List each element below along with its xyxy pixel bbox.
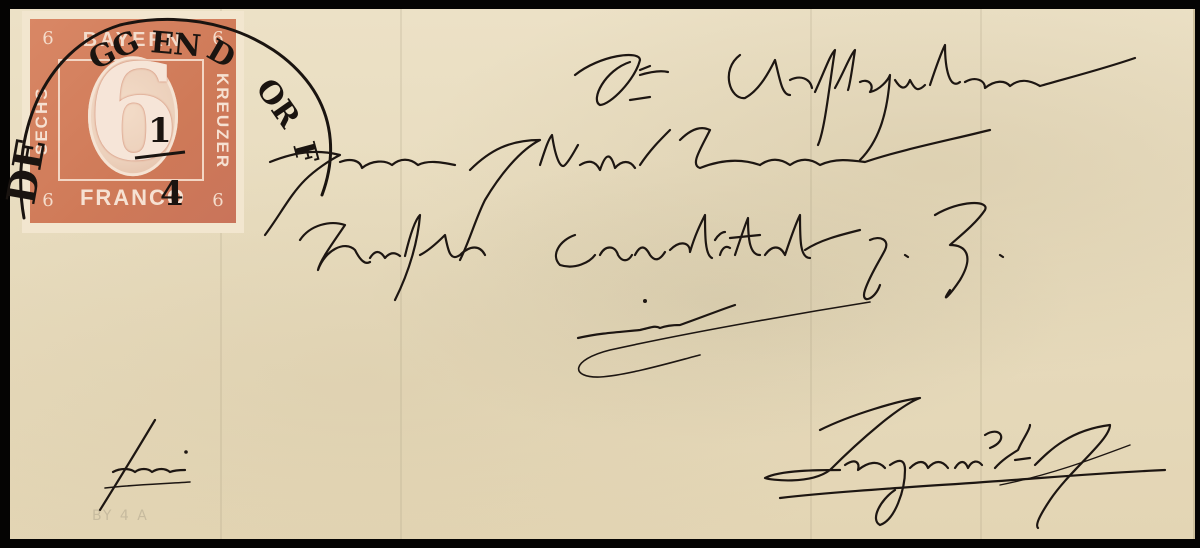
svg-text:frei: frei <box>0 0 28 4</box>
pencil-inventory-mark: BY 4 A <box>92 508 149 524</box>
paper-fold-line <box>400 9 402 539</box>
address-line-text: Sr Wohlgeboren <box>0 0 1 1</box>
stamp-design: 6 6 6 6 BAYERN SECHS KREUZER 6 FRANCO <box>30 19 236 223</box>
stamp-left-text: SECHS <box>32 67 58 175</box>
stamp-corner-numeral: 6 <box>204 187 232 215</box>
paper-fold-line <box>980 9 982 539</box>
stamp-corner-numeral: 6 <box>34 187 62 215</box>
stamp-corner-numeral: 6 <box>204 25 232 53</box>
stamp-bottom-text: FRANCO <box>70 183 196 213</box>
address-text: Sr Wohlgeboren Herrn Julius Lenner Recht… <box>0 0 1 1</box>
stamp-corner-numeral: 6 <box>34 25 62 53</box>
paper-fold-line <box>810 9 812 539</box>
postage-stamp: 6 6 6 6 BAYERN SECHS KREUZER 6 FRANCO <box>22 11 244 233</box>
stamp-numeral-oval: 6 <box>88 56 178 176</box>
stamp-numeral: 6 <box>87 48 179 180</box>
stamp-right-text: KREUZER <box>206 67 232 175</box>
